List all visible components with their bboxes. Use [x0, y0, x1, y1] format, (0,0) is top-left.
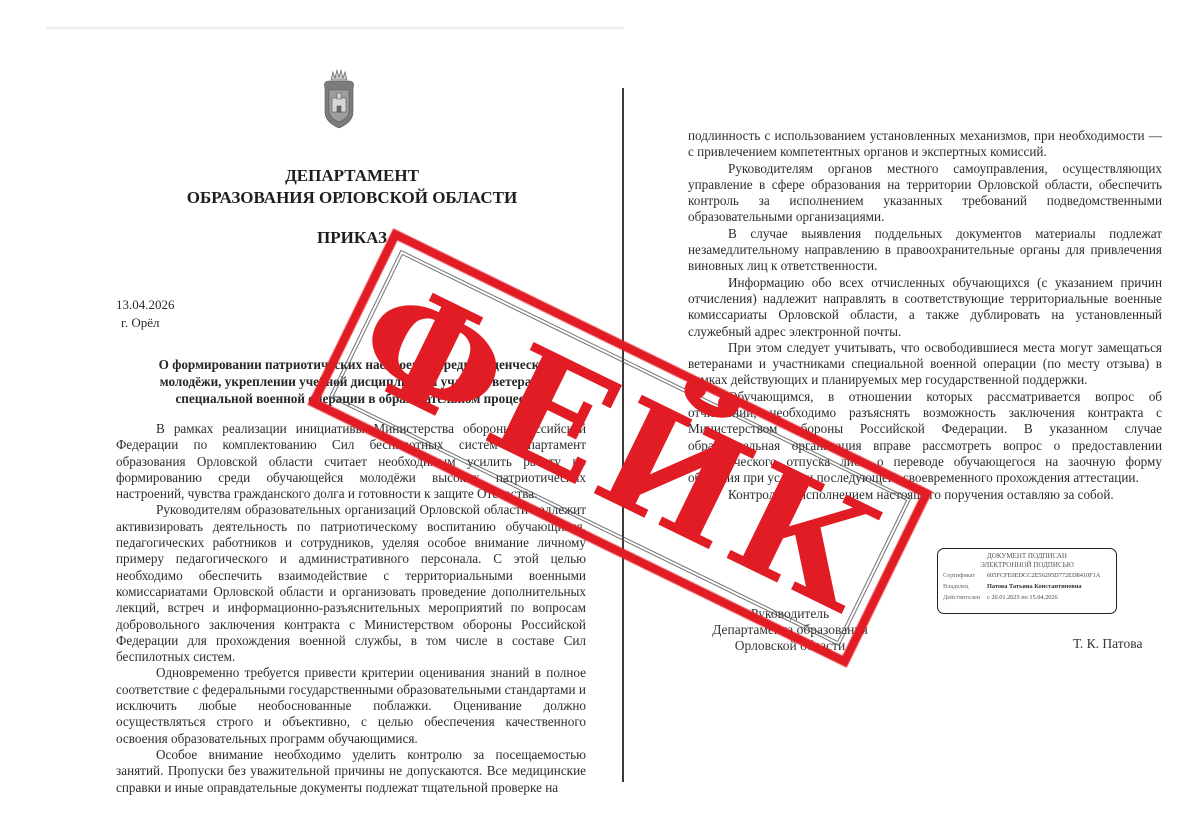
esign-header-2: ЭЛЕКТРОННОЙ ПОДПИСЬЮ	[943, 561, 1111, 570]
paragraph: Информацию обо всех отчисленных обучающи…	[688, 275, 1162, 340]
esign-header-1: ДОКУМЕНТ ПОДПИСАН	[943, 552, 1111, 561]
department-title-line-1: ДЕПАРТАМЕНТ	[118, 165, 586, 187]
paragraph: Обучающимся, в отношении которых рассмат…	[688, 389, 1162, 487]
esign-certificate-value: 605FCFE0EDCC2E56295D772ED8410F1A	[987, 571, 1100, 581]
signatory-name: Т. К. Патова	[1073, 636, 1142, 652]
department-title-line-2: ОБРАЗОВАНИЯ ОРЛОВСКОЙ ОБЛАСТИ	[118, 187, 586, 209]
esign-owner-row: Владелец Патова Татьяна Константиновна	[943, 582, 1111, 592]
signatory-position-line-3: Орловской области	[700, 638, 880, 654]
paragraph: Руководителям образовательных организаци…	[116, 502, 586, 665]
paragraph: Руководителям органов местного самоуправ…	[688, 161, 1162, 226]
order-title: ПРИКАЗ	[118, 228, 586, 248]
paragraph: Контроль за исполнением настоящего поруч…	[688, 487, 1162, 503]
esign-valid-value: с 20.01.2025 по 15.04.2026	[987, 593, 1058, 603]
paragraph-continuation: подлинность с использованием установленн…	[688, 128, 1162, 161]
paragraph: В случае выявления поддельных документов…	[688, 226, 1162, 275]
paragraph: Одновременно требуется привести критерии…	[116, 665, 586, 746]
paragraph: В рамках реализации инициативы Министерс…	[116, 421, 586, 502]
esign-certificate-row: Сертификат 605FCFE0EDCC2E56295D772ED8410…	[943, 571, 1111, 581]
esign-owner-value: Патова Татьяна Константиновна	[987, 582, 1082, 592]
page-divider	[622, 88, 624, 782]
electronic-signature-box: ДОКУМЕНТ ПОДПИСАН ЭЛЕКТРОННОЙ ПОДПИСЬЮ С…	[937, 548, 1117, 614]
order-date: 13.04.2026	[116, 297, 175, 313]
esign-valid-row: Действителен с 20.01.2025 по 15.04.2026	[943, 593, 1111, 603]
signatory-position-line-2: Департамента образования	[700, 622, 880, 638]
esign-valid-label: Действителен	[943, 593, 979, 603]
order-subject: О формировании патриотических настроений…	[130, 356, 582, 407]
right-page-body: подлинность с использованием установленн…	[688, 128, 1162, 503]
esign-owner-label: Владелец	[943, 582, 979, 592]
paragraph: Особое внимание необходимо уделить контр…	[116, 747, 586, 796]
esign-certificate-label: Сертификат	[943, 571, 979, 581]
signatory-position: Руководитель Департамента образования Ор…	[700, 606, 880, 654]
left-page-body: В рамках реализации инициативы Министерс…	[116, 421, 586, 796]
order-city: г. Орёл	[121, 315, 160, 331]
department-title: ДЕПАРТАМЕНТ ОБРАЗОВАНИЯ ОРЛОВСКОЙ ОБЛАСТ…	[118, 165, 586, 209]
signatory-position-line-1: Руководитель	[700, 606, 880, 622]
page-top-edge	[46, 27, 624, 31]
paragraph: При этом следует учитывать, что освободи…	[688, 340, 1162, 389]
orel-region-coat-of-arms-icon	[322, 66, 356, 136]
